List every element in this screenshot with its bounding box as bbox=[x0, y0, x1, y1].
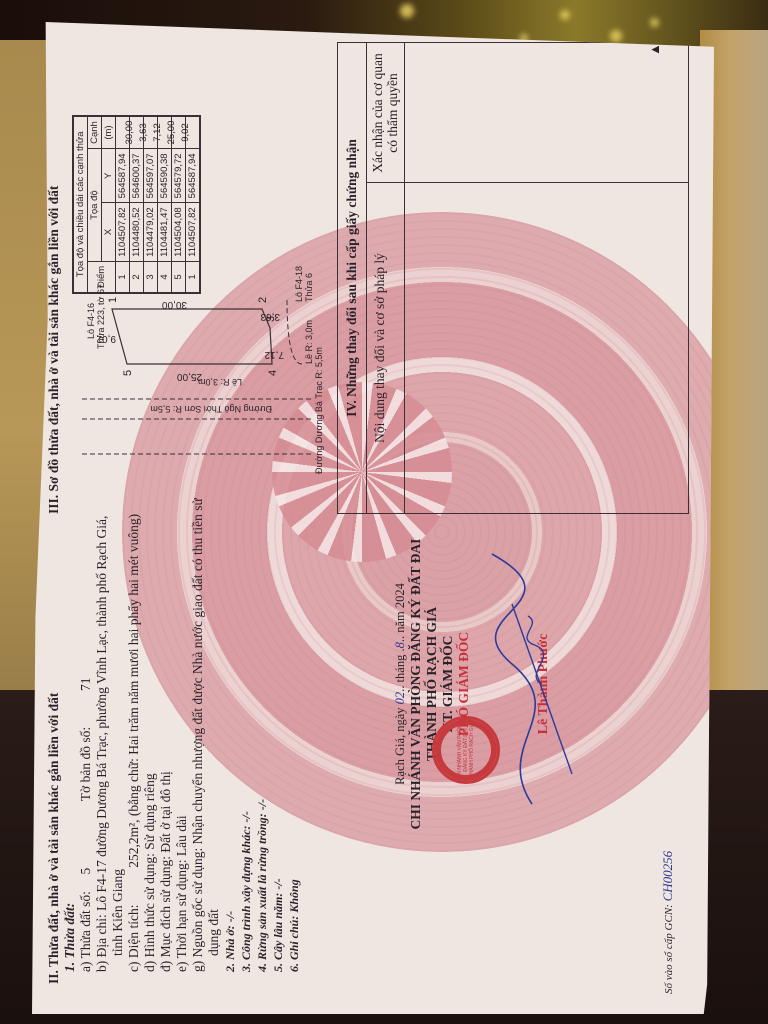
section-iii-heading: III. Sơ đồ thửa đất, nhà ở và tài sản kh… bbox=[46, 186, 62, 514]
svg-text:30,00: 30,00 bbox=[162, 299, 187, 310]
plot-diagram: 1234530,003,637,1225,009,02Đường Ngô Thờ… bbox=[72, 294, 332, 514]
land-subheading: 1. Thửa đất: bbox=[62, 498, 78, 984]
notes-row: 6. Ghi chú: Không bbox=[286, 498, 302, 984]
issue-date: Rạch Giá, ngày 02.. tháng .8.. năm 2024 bbox=[392, 534, 408, 834]
other-works-row: 3. Công trình xây dựng khác: -/- bbox=[238, 498, 254, 984]
use-form-row: d) Hình thức sử dụng: Sử dụng riêng bbox=[142, 498, 158, 984]
svg-text:2: 2 bbox=[257, 297, 269, 303]
origin-row: g) Nguồn gốc sử dụng: Nhận chuyển nhượng… bbox=[190, 498, 206, 984]
perennial-row: 5. Cây lâu năm: -/- bbox=[270, 498, 286, 984]
registry-row: Số vào sổ cấp GCN: CH00256 bbox=[660, 851, 677, 994]
svg-text:7,12: 7,12 bbox=[264, 349, 284, 360]
plot-boundary bbox=[112, 309, 272, 364]
svg-text:Lề R: 3,0m: Lề R: 3,0m bbox=[198, 377, 242, 387]
changes-table: IV. Những thay đổi sau khi cấp giấy chứn… bbox=[337, 42, 689, 514]
map-sheet-number: 71 bbox=[78, 678, 94, 724]
coord-table-row: 11104507,82564587,9430,00 bbox=[116, 116, 130, 293]
term-value: Lâu dài bbox=[174, 815, 189, 856]
origin-value: Nhận chuyển nhượng đất được Nhà nước gia… bbox=[190, 498, 205, 844]
term-row: e) Thời hạn sử dụng: Lâu dài bbox=[174, 498, 190, 984]
svg-text:1: 1 bbox=[107, 297, 119, 303]
svg-text:Lô F4-16: Lô F4-16 bbox=[86, 303, 96, 339]
house-row: 2. Nhà ở: -/- bbox=[222, 498, 238, 984]
certificate-page: II. Thửa đất, nhà ở và tài sản khác gắn … bbox=[32, 22, 714, 1014]
address-row: b) Địa chỉ: Lô F4-17 đường Dương Bá Trạc… bbox=[94, 498, 110, 984]
use-form-value: Sử dụng riêng bbox=[142, 773, 157, 849]
purpose-row: đ) Mục đích sử dụng: Đất ở tại đô thị bbox=[158, 498, 174, 984]
svg-text:Đường Dương Bá Trạc R: 5,5m: Đường Dương Bá Trạc R: 5,5m bbox=[314, 347, 324, 474]
changes-content-header: Nội dung thay đổi và cơ sở pháp lý bbox=[372, 183, 388, 513]
kt-director: KT. GIÁM ĐỐC bbox=[440, 534, 456, 834]
issuing-office: CHI NHÁNH VĂN PHÒNG ĐĂNG KÝ ĐẤT ĐAI bbox=[408, 534, 424, 834]
svg-text:3,63: 3,63 bbox=[260, 311, 280, 322]
origin-cont: dụng đất bbox=[206, 498, 222, 984]
svg-text:4: 4 bbox=[267, 370, 279, 376]
issuing-city: THÀNH PHỐ RẠCH GIÁ bbox=[424, 534, 440, 834]
parcel-row: a) Thửa đất số: 5 Tờ bản đồ số: 71 bbox=[78, 498, 94, 984]
svg-text:Lề R: 3,0m: Lề R: 3,0m bbox=[304, 320, 314, 364]
area-row: c) Diện tích: 252,2m², (bằng chữ: Hai tr… bbox=[126, 498, 142, 984]
purpose-value: Đất ở tại đô thị bbox=[158, 771, 173, 852]
address-value: Lô F4-17 đường Dương Bá Trạc, phường Vĩn… bbox=[94, 516, 109, 911]
coordinate-table-wrap: Tọa độ và chiều dài các cạnh thửa Điểm T… bbox=[72, 115, 201, 294]
section-ii-heading: II. Thửa đất, nhà ở và tài sản khác gắn … bbox=[46, 498, 62, 984]
svg-text:Thửa 6: Thửa 6 bbox=[304, 273, 314, 302]
registry-number: CH00256 bbox=[660, 851, 675, 902]
forest-row: 4. Rừng sản xuất là rừng trồng: -/- bbox=[254, 498, 270, 984]
address-cont: tỉnh Kiên Giang bbox=[110, 498, 126, 984]
deputy-director-title: PHÓ GIÁM ĐỐC bbox=[456, 534, 472, 834]
section-iv-heading: IV. Những thay đổi sau khi cấp giấy chứn… bbox=[344, 43, 360, 513]
issue-month: 8 bbox=[393, 642, 407, 648]
issue-day: 02 bbox=[393, 692, 407, 705]
changes-confirm-header: Xác nhận của cơ quan có thẩm quyền bbox=[370, 43, 400, 183]
svg-text:Đường Ngô Thời Sơn R: 5,5m: Đường Ngô Thời Sơn R: 5,5m bbox=[150, 404, 272, 414]
section-land-info: II. Thửa đất, nhà ở và tài sản khác gắn … bbox=[46, 498, 302, 984]
document-content: II. Thửa đất, nhà ở và tài sản khác gắn … bbox=[32, 22, 714, 1014]
svg-text:5: 5 bbox=[122, 370, 134, 376]
coordinate-table: Tọa độ và chiều dài các cạnh thửa Điểm T… bbox=[72, 115, 201, 294]
svg-text:Thửa 223, tờ 67: Thửa 223, tờ 67 bbox=[96, 284, 106, 349]
parcel-number: 5 bbox=[78, 868, 94, 888]
svg-text:Lô F4-18: Lô F4-18 bbox=[294, 266, 304, 302]
area-value: 252,2m², (bằng chữ: Hai trăm năm mươi ha… bbox=[126, 514, 141, 868]
coord-table-title: Tọa độ và chiều dài các cạnh thửa bbox=[73, 116, 88, 293]
signature-scribble bbox=[472, 544, 592, 804]
